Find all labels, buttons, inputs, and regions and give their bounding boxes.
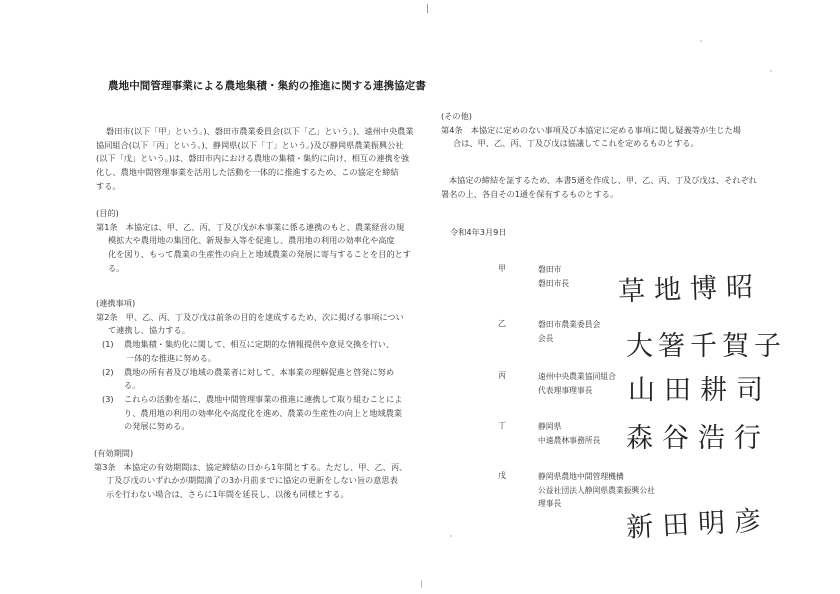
party-label: 丙 xyxy=(498,370,506,381)
article-heading: (有効期間) xyxy=(94,447,434,461)
scan-speck xyxy=(450,535,452,537)
closing-line: 本協定の締結を証するため、本書5通を作成し、甲、乙、丙、丁及び戊は、それぞれ xyxy=(441,174,811,188)
article-line: 丁及び戊のいずれかが期間満了の3か月前までに協定の更新をしない旨の意思表 xyxy=(94,474,434,488)
closing-line: 署名の上、各自その1通を保有するものとする。 xyxy=(441,188,811,202)
article-line: て連携し、協力する。 xyxy=(96,324,426,338)
party-label: 戊 xyxy=(498,470,506,481)
item-number: (2) xyxy=(102,366,114,380)
preamble-line: 化し、農地中間管理事業を活用した活動を一体的に推進するため、この協定を締結 xyxy=(96,166,426,180)
article-heading: (連携事項) xyxy=(96,297,426,311)
scan-fold-mark-top xyxy=(427,4,428,13)
preamble-line: 磐田市(以下「甲」という。)、磐田市農業委員会(以下「乙」という。)、遠州中央農… xyxy=(96,125,426,139)
scan-fold-mark-bottom xyxy=(421,580,422,588)
scan-speck xyxy=(770,70,772,72)
handwritten-signature: 大箸千賀子 xyxy=(626,324,786,363)
preamble-line: (以下「戊」という。)は、磐田市内における農地の集積・集約に向け、相互の連携を強 xyxy=(96,152,426,166)
article-item: (1) 農地集積・集約化に関して、相互に定期的な情報提供や意見交換を行い、 一体… xyxy=(96,338,426,365)
item-line: の発展に努める。 xyxy=(124,420,426,434)
agreement-date: 令和4年3月9日 xyxy=(450,226,507,240)
handwritten-signature: 草地博昭 xyxy=(617,264,762,308)
article-line: 第2条 甲、乙、丙、丁及び戊は前条の目的を達成するため、次に掲げる事項につい xyxy=(96,311,426,325)
closing-statement: 本協定の締結を証するため、本書5通を作成し、甲、乙、丙、丁及び戊は、それぞれ 署… xyxy=(441,174,811,201)
org-line: 静岡県農地中間管理機構 xyxy=(538,470,738,484)
article-heading: (その他) xyxy=(441,110,811,124)
article-line: る。 xyxy=(96,262,426,276)
article-line: 第4条 本協定に定めのない事項及び本協定に定める事項に関し疑義等が生じた場 xyxy=(441,124,811,138)
article-line: 第3条 本協定の有効期間は、協定締結の日から1年間とする。ただし、甲、乙、丙、 xyxy=(94,461,434,475)
item-line: 農地集積・集約化に関して、相互に定期的な情報提供や意見交換を行い、 xyxy=(124,338,426,352)
article-line: 化を図り、もって農業の生産性の向上と地域農業の発展に寄与することを目的とす xyxy=(96,248,426,262)
item-line: 農地の所有者及び地域の農業者に対して、本事業の理解促進と啓発に努め xyxy=(124,366,426,380)
item-number: (3) xyxy=(102,393,114,407)
article-4: (その他) 第4条 本協定に定めのない事項及び本協定に定める事項に関し疑義等が生… xyxy=(441,110,811,151)
handwritten-signature: 山田耕司 xyxy=(628,368,772,407)
handwritten-signature: 森谷浩行 xyxy=(626,416,770,455)
item-number: (1) xyxy=(102,338,114,352)
article-item: (2) 農地の所有者及び地域の農業者に対して、本事業の理解促進と啓発に努め る。 xyxy=(96,366,426,393)
org-line: 公益社団法人静岡県農業振興公社 xyxy=(538,484,738,498)
preamble-line: 協同組合(以下「丙」という。)、静岡県(以下「丁」という。)及び静岡県農業振興公… xyxy=(96,139,426,153)
article-2: (連携事項) 第2条 甲、乙、丙、丁及び戊は前条の目的を達成するため、次に掲げる… xyxy=(96,297,426,434)
party-label: 甲 xyxy=(498,263,506,274)
document-title: 農地中間管理事業による農地集積・集約の推進に関する連携協定書 xyxy=(108,78,426,93)
article-heading: (目的) xyxy=(96,207,426,221)
article-line: 模拡大や農用地の集団化、新規参入等を促進し、農用地の利用の効率化や高度 xyxy=(96,234,426,248)
article-item: (3) これらの活動を基に、農地中間管理事業の推進に連携して取り組むことによ り… xyxy=(96,393,426,434)
preamble: 磐田市(以下「甲」という。)、磐田市農業委員会(以下「乙」という。)、遠州中央農… xyxy=(96,125,426,194)
item-line: 一体的な推進に努める。 xyxy=(124,352,426,366)
item-line: これらの活動を基に、農地中間管理事業の推進に連携して取り組むことによ xyxy=(124,393,426,407)
scan-speck xyxy=(700,40,702,42)
article-line: 第1条 本協定は、甲、乙、丙、丁及び戊が本事業に係る連携のもと、農業経営の規 xyxy=(96,221,426,235)
article-3: (有効期間) 第3条 本協定の有効期間は、協定締結の日から1年間とする。ただし、… xyxy=(94,447,434,502)
item-line: り、農用地の利用の効率化や高度化を進め、農業の生産性の向上と地域農業 xyxy=(124,407,426,421)
preamble-line: する。 xyxy=(96,180,426,194)
article-line: 示を行わない場合は、さらに1年間を延長し、以後も同様とする。 xyxy=(94,488,434,502)
handwritten-signature: 新田明彦 xyxy=(625,498,771,544)
article-line: 合は、甲、乙、丙、丁及び戊は協議してこれを定めるものとする。 xyxy=(441,137,811,151)
item-line: る。 xyxy=(124,379,426,393)
article-1: (目的) 第1条 本協定は、甲、乙、丙、丁及び戊が本事業に係る連携のもと、農業経… xyxy=(96,207,426,276)
party-label: 丁 xyxy=(498,420,506,431)
party-label: 乙 xyxy=(498,318,506,329)
